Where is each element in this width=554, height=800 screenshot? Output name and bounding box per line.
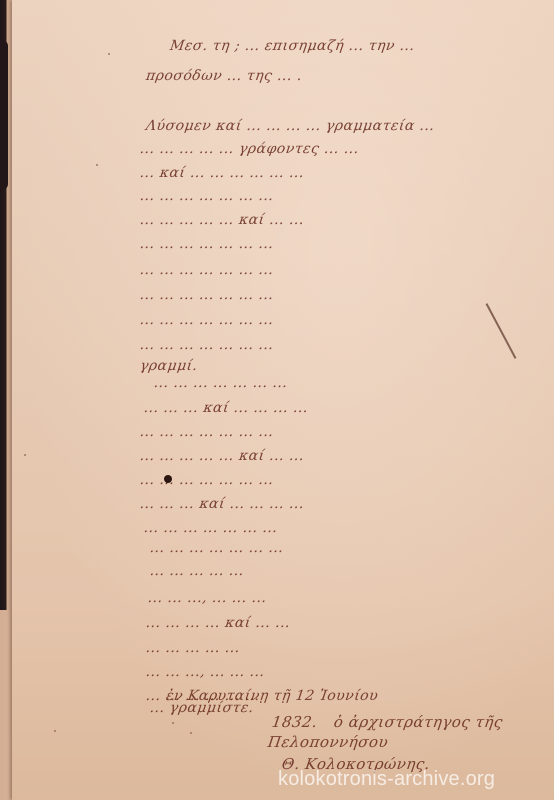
body-line: ... ... ... ... ... [149,563,245,579]
archive-watermark: kolokotronis-archive.org [278,768,495,791]
ink-blot [164,475,172,483]
header-line-2: προσόδων ... της ... . [145,68,303,84]
body-line: ... καί ... ... ... ... ... ... [139,165,305,181]
body-line: ... ... ... ... ... ... ... [139,312,275,328]
body-line: γραμμί. [139,358,199,374]
body-line: ... ... ... ... ... ... ... [139,287,275,303]
body-line: ... ... ... ... καί ... ... [145,615,292,631]
body-line: ... ... ... ... ... [145,640,241,656]
closing-title: ὁ ἀρχιστράτηγος τῆς [333,713,504,731]
header-line-1: Μεσ. τη ; ... επισημαζή ... την ... [169,38,416,54]
body-line: ... ... ... ... ... γράφοντες ... ... [139,141,360,157]
paper-crease [486,303,517,359]
manuscript-text: Μεσ. τη ; ... επισημαζή ... την ... προσ… [0,0,554,800]
paper-speck [24,454,26,456]
paper-speck [96,164,98,166]
body-line: ... ... ... ... ... ... ... [139,424,275,440]
body-line: ... ... ... ... ... ... ... [139,236,275,252]
body-line: ... ... ..., ... ... ... [147,590,268,606]
body-line: Λύσομεν καί ... ... ... ... γραμματεία .… [145,118,436,134]
paper-speck [190,732,192,734]
body-line: ... ... ... καί ... ... ... ... [139,496,305,512]
body-line: ... ... ... ... ... ... ... [139,262,275,278]
body-line: ... ... ... ... ... ... ... [149,540,285,556]
body-line: ... ... ... ... ... ... ... [139,188,275,204]
paper-speck [172,722,174,724]
body-line: ... ... ... ... ... ... ... [143,520,279,536]
body-line: ... ... ... ... ... ... ... [139,337,275,353]
body-line: ... ... ... ... ... ... ... [153,375,289,391]
paper-speck [54,730,56,732]
body-line: ... ... ... ... ... καί ... ... [139,212,305,228]
dateline: ἐν Καρυταίνῃ τῇ 12 Ἰουνίου [165,688,379,704]
closing-region: Πελοποννήσου [267,733,390,751]
body-line: ... ... ... ... ... καί ... ... [139,448,305,464]
body-line: ... ... ..., ... ... ... [145,664,266,680]
year: 1832. [271,713,319,731]
body-line: ... ... ... καί ... ... ... ... [143,400,309,416]
paper-speck [108,53,110,55]
body-line: ... ... ... ... ... ... ... [139,472,275,488]
